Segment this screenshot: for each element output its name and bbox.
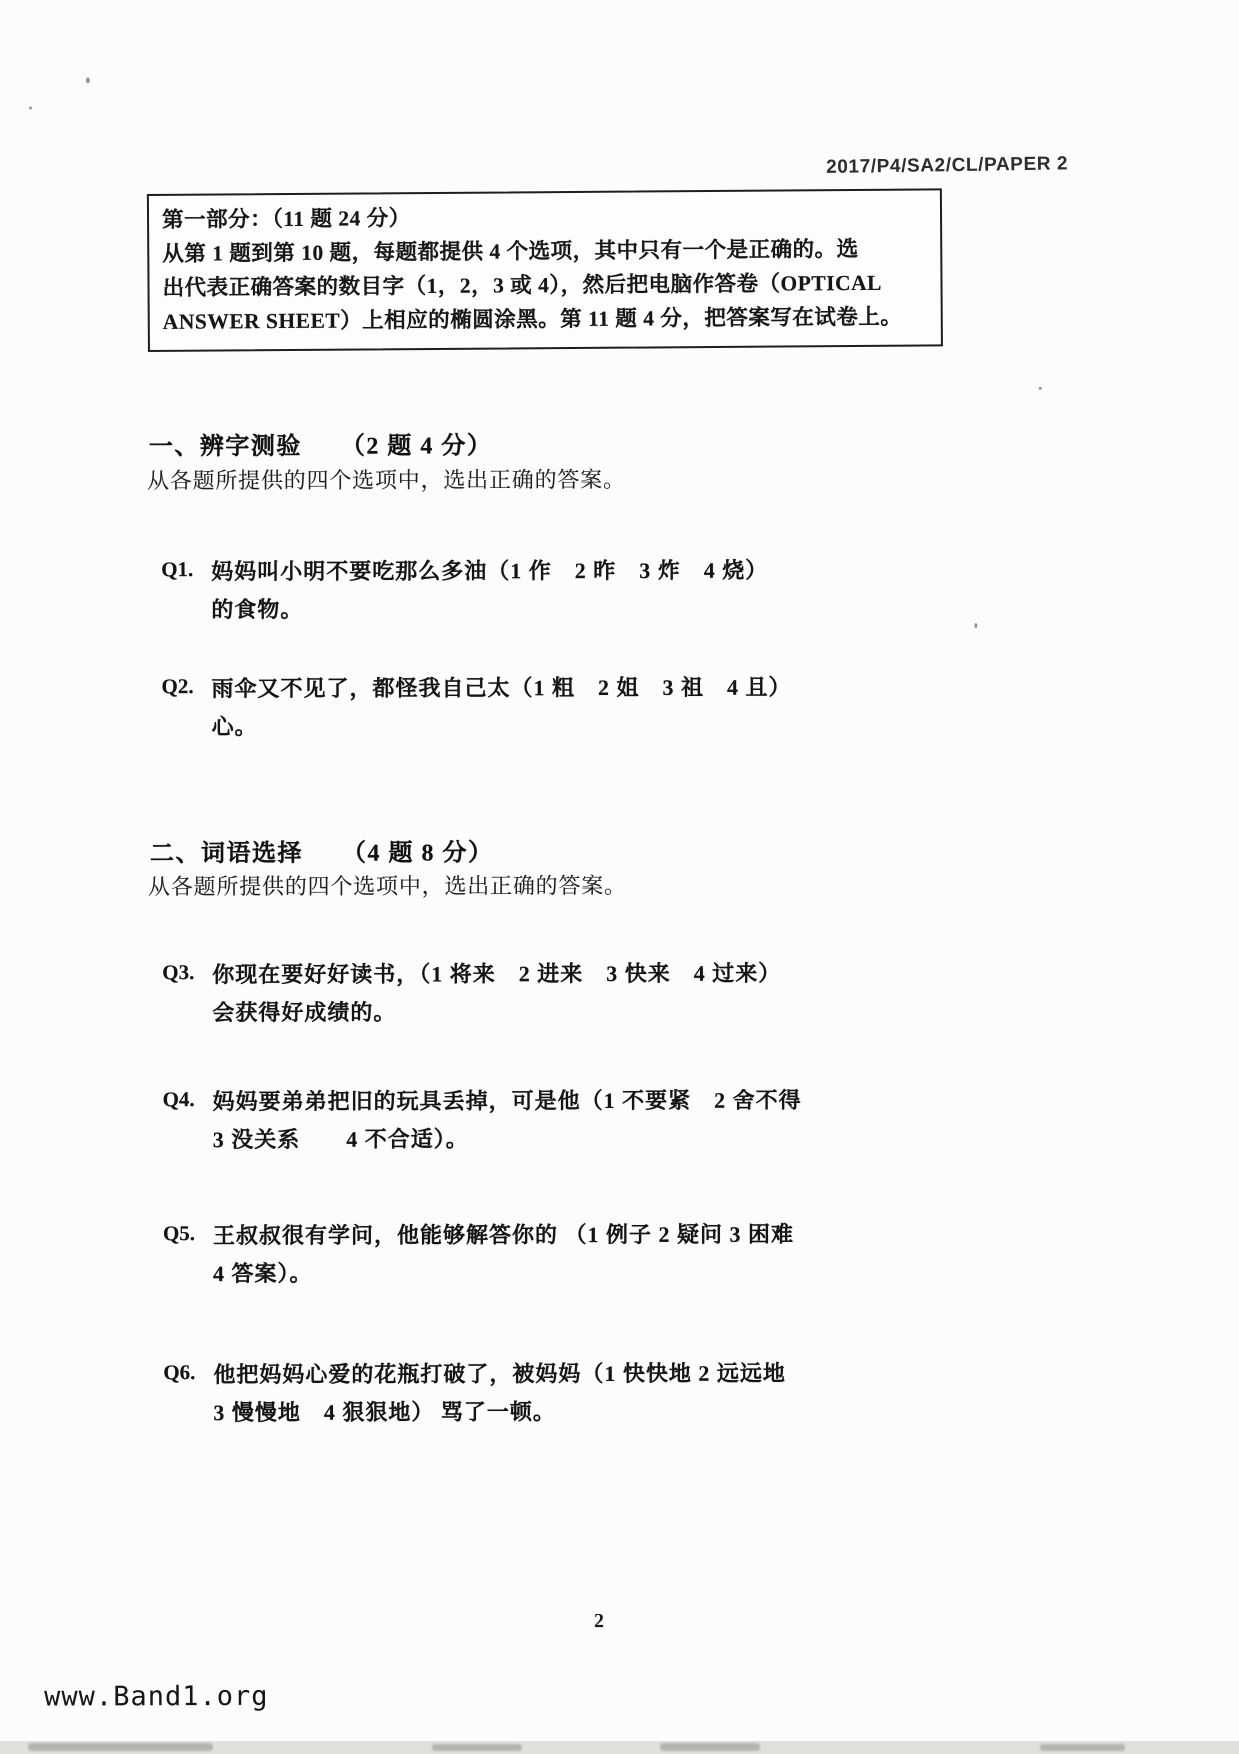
scan-speck <box>1039 387 1042 390</box>
part1-instruction-line: 从第 1 题到第 10 题，每题都提供 4 个选项，其中只有一个是正确的。选 <box>162 232 928 271</box>
question-text-q2-line1: 雨伞又不见了，都怪我自己太（1 粗 2 姐 3 祖 4 且） <box>211 671 791 704</box>
question-label-q6: Q6. <box>163 1360 195 1385</box>
question-text-q1-line1: 妈妈叫小明不要吃那么多油（1 作 2 昨 3 炸 4 烧） <box>211 554 768 586</box>
question-text-q5-line1: 王叔叔很有学问，他能够解答你的 （1 例子 2 疑问 3 困难 <box>213 1218 794 1251</box>
scan-speck <box>86 77 90 83</box>
question-label-q3: Q3. <box>162 960 194 985</box>
question-label-q2: Q2. <box>161 674 193 699</box>
question-label-q4: Q4. <box>163 1087 195 1112</box>
question-label-q1: Q1. <box>161 557 193 582</box>
watermark-url: www.Band1.org <box>44 1681 268 1713</box>
question-text-q3-line2: 会获得好成绩的。 <box>212 996 396 1027</box>
question-text-q5-line2: 4 答案）。 <box>213 1257 313 1288</box>
paper-reference-code: 2017/P4/SA2/CL/PAPER 2 <box>826 153 1068 179</box>
question-text-q6-line2: 3 慢慢地 4 狠狠地） 骂了一顿。 <box>213 1395 556 1427</box>
scan-edge-smudge <box>660 1743 760 1751</box>
section2-instruction: 从各题所提供的四个选项中，选出正确的答案。 <box>148 869 627 901</box>
scan-edge-smudge <box>1040 1744 1125 1751</box>
question-text-q2-line2: 心。 <box>212 710 258 741</box>
question-text-q4-line2: 3 没关系 4 不合适）。 <box>213 1122 469 1154</box>
page-content: 2017/P4/SA2/CL/PAPER 2 第一部分：（11 题 24 分） … <box>0 0 1239 1754</box>
question-text-q3-line1: 你现在要好好读书，（1 将来 2 进来 3 快来 4 过来） <box>212 957 781 989</box>
question-text-q1-line2: 的食物。 <box>211 593 303 624</box>
part1-title: 第一部分：（11 题 24 分） <box>162 198 928 237</box>
scan-edge-smudge <box>432 1744 522 1751</box>
part1-instruction-line: 出代表正确答案的数目字（1，2，3 或 4），然后把电脑作答卷（OPTICAL <box>162 266 928 305</box>
part1-instruction-box: 第一部分：（11 题 24 分） 从第 1 题到第 10 题，每题都提供 4 个… <box>147 188 943 352</box>
scan-edge-smudge <box>28 1743 213 1751</box>
question-label-q5: Q5. <box>163 1221 195 1246</box>
scan-edge-artifact <box>0 1741 1239 1754</box>
question-text-q6-line1: 他把妈妈心爱的花瓶打破了，被妈妈（1 快快地 2 远远地 <box>213 1357 786 1389</box>
page-number: 2 <box>594 1610 604 1633</box>
scan-speck <box>29 107 32 110</box>
section1-instruction: 从各题所提供的四个选项中，选出正确的答案。 <box>147 463 626 495</box>
section1-heading: 一、辨字测验 （2 题 4 分） <box>149 425 493 461</box>
question-text-q4-line1: 妈妈要弟弟把旧的玩具丢掉，可是他（1 不要紧 2 舍不得 <box>213 1084 802 1117</box>
part1-instruction-line: ANSWER SHEET）上相应的椭圆涂黑。第 11 题 4 分，把答案写在试卷… <box>163 300 929 339</box>
scanned-exam-page: 2017/P4/SA2/CL/PAPER 2 第一部分：（11 题 24 分） … <box>0 0 1239 1754</box>
section2-heading: 二、词语选择 （4 题 8 分） <box>150 832 494 868</box>
scan-speck <box>974 623 977 628</box>
